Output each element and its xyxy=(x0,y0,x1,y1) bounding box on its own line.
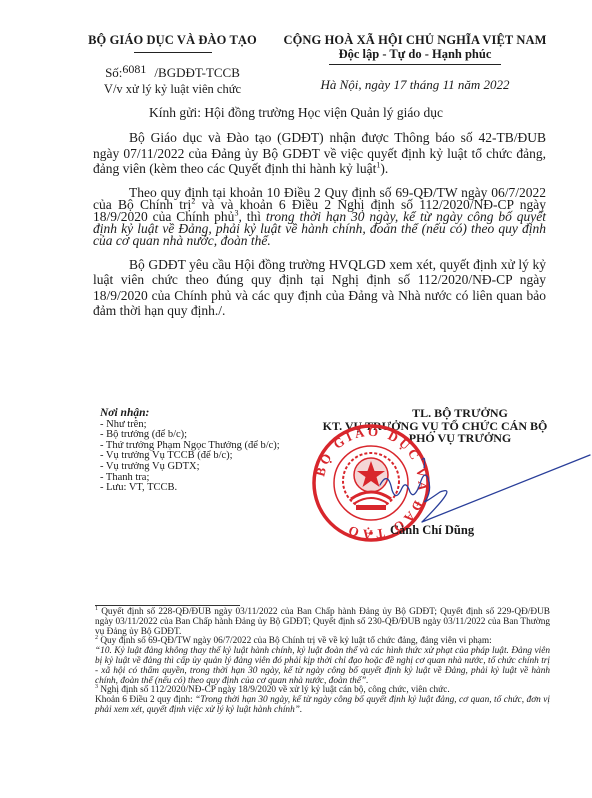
document-subject: V/v xử lý kỷ luật viên chức xyxy=(70,82,275,97)
paragraph-2: Theo quy định tại khoản 10 Điều 2 Quy đị… xyxy=(93,187,546,247)
p1-end: ). xyxy=(380,161,388,176)
doc-no-suffix: /BGDĐT-TCCB xyxy=(154,65,239,80)
document-number: Số:6081/BGDĐT-TCCB xyxy=(70,65,275,81)
signer-name: Cảnh Chí Dũng xyxy=(390,523,474,538)
date-year-label: năm xyxy=(458,77,480,92)
footnote-text: Quyết định số 228-QĐ/ĐUB ngày 03/11/2022… xyxy=(95,607,550,637)
footnote-3-clause: Khoản 6 Điều 2 quy định: “Trong thời hạn… xyxy=(95,696,550,716)
doc-no-prefix: Số: xyxy=(105,65,122,80)
footnote-text: Quy định số 69-QĐ/TW ngày 06/7/2022 của … xyxy=(98,636,492,646)
ministry-underline xyxy=(134,52,212,53)
date-month-label: tháng xyxy=(410,77,440,92)
country-name: CỘNG HOÀ XÃ HỘI CHỦ NGHĨA VIỆT NAM xyxy=(270,33,560,48)
place-date: Hà Nội, ngày 17 tháng 11 năm 2022 xyxy=(270,77,560,93)
date-year: 2022 xyxy=(484,77,510,92)
date-day: 17 xyxy=(393,77,406,92)
national-header-block: CỘNG HOÀ XÃ HỘI CHỦ NGHĨA VIỆT NAM Độc l… xyxy=(270,33,560,93)
distribution-item: - Lưu: VT, TCCB. xyxy=(100,483,280,494)
ministry-name: BỘ GIÁO DỤC VÀ ĐÀO TẠO xyxy=(70,33,275,48)
national-motto: Độc lập - Tự do - Hạnh phúc xyxy=(270,47,560,62)
distribution-list: Nơi nhận: - Như trên; - Bộ trưởng (để b/… xyxy=(100,408,280,494)
place-date-prefix: Hà Nội, ngày xyxy=(320,77,390,92)
distribution-item: - Vụ trưởng Vụ GDTX; xyxy=(100,462,280,473)
p1-text: Bộ Giáo dục và Đào tạo (GDĐT) nhận được … xyxy=(93,130,546,176)
footnote-separator xyxy=(95,605,240,606)
addressee: Kính gửi: Hội đồng trường Học viện Quản … xyxy=(0,105,592,121)
footnotes: 1 Quyết định số 228-QĐ/ĐUB ngày 03/11/20… xyxy=(95,608,550,716)
signature-authority-line: TL. BỘ TRƯỞNG xyxy=(305,407,565,420)
footnote-text: Nghị định số 112/2020/NĐ-CP ngày 18/9/20… xyxy=(98,685,450,695)
footnote-1: 1 Quyết định số 228-QĐ/ĐUB ngày 03/11/20… xyxy=(95,608,550,637)
letter-body: Bộ Giáo dục và Đào tạo (GDĐT) nhận được … xyxy=(93,130,546,329)
paragraph-3: Bộ GDĐT yêu cầu Hội đồng trường HVQLGD x… xyxy=(93,257,546,319)
date-month: 11 xyxy=(443,77,455,92)
distribution-title: Nơi nhận: xyxy=(100,408,280,419)
paragraph-1: Bộ Giáo dục và Đào tạo (GDĐT) nhận được … xyxy=(93,130,546,177)
motto-underline xyxy=(329,64,501,65)
doc-no-value: 6081 xyxy=(122,62,146,76)
issuing-agency-block: BỘ GIÁO DỤC VÀ ĐÀO TẠO Số:6081/BGDĐT-TCC… xyxy=(70,33,275,97)
footnote-2-quote: “10. Kỷ luật đảng không thay thế kỷ luật… xyxy=(95,647,550,686)
footnote-text: Khoản 6 Điều 2 quy định: xyxy=(95,695,195,705)
